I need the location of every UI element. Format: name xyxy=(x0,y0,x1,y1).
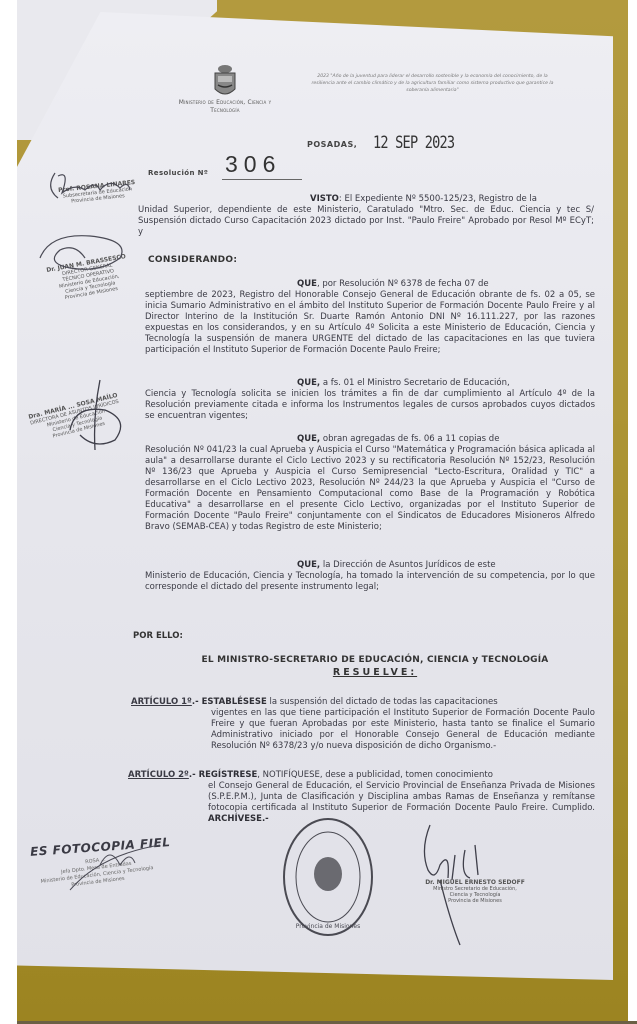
article-1: ARTÍCULO 1º.- ESTABLÉSESE la suspensión … xyxy=(131,697,595,752)
considerando-clause: QUE, obran agregadas de fs. 06 a 11 copi… xyxy=(145,434,595,533)
resolution-underline xyxy=(222,179,302,180)
official-seal-icon: Provincia de Misiones xyxy=(280,812,375,942)
considerando-clause: QUE, por Resolución Nº 6378 de fecha 07 … xyxy=(145,279,595,356)
ministry-name: Ministerio de Educación, Ciencia y Tecno… xyxy=(150,99,300,115)
visto-paragraph: VISTO: El Expediente Nº 5500-125/23, Reg… xyxy=(138,194,594,238)
initial-stamp-director-general: Dr. JUAN M. BRASSESCO DIRECTOR GENERAL T… xyxy=(46,254,132,303)
svg-text:Provincia de Misiones: Provincia de Misiones xyxy=(296,923,360,930)
considerando-clause: QUE, a fs. 01 el Ministro Secretario de … xyxy=(145,378,595,422)
por-ello-heading: POR ELLO: xyxy=(133,631,183,641)
initial-stamp-subsecretaria: Prof. ROSANA LINARES Subsecretaria de Ed… xyxy=(58,180,137,206)
coat-of-arms-icon xyxy=(211,63,239,99)
date-stamp: 12 SEP 2023 xyxy=(373,133,454,153)
authority-heading: EL MINISTRO-SECRETARIO DE EDUCACIÓN, CIE… xyxy=(130,655,620,665)
minister-signature-block: Dr. MIGUEL ERNESTO SEDOFF Ministro Secre… xyxy=(420,880,530,904)
resuelve-heading: RESUELVE: xyxy=(130,667,620,678)
year-motto: 2023 "Año de la juventud para liderar el… xyxy=(310,73,555,94)
resolution-document: Ministerio de Educación, Ciencia y Tecno… xyxy=(0,0,637,1024)
city: POSADAS, xyxy=(307,140,357,149)
considerando-heading: CONSIDERANDO: xyxy=(148,255,237,265)
considerando-clause: QUE, la Dirección de Asuntos Jurídicos d… xyxy=(145,560,595,593)
resolution-number: 306 xyxy=(225,151,281,178)
initial-stamp-asuntos-juridicos: Dra. MARÍA ... SOSA MAÍLO DIRECTORA DE A… xyxy=(28,393,124,444)
resolution-label: Resolución Nº xyxy=(148,169,208,177)
certified-copy-signer: ROSA ... Jefa Dpto. Mesa de Entradas Min… xyxy=(39,851,155,893)
